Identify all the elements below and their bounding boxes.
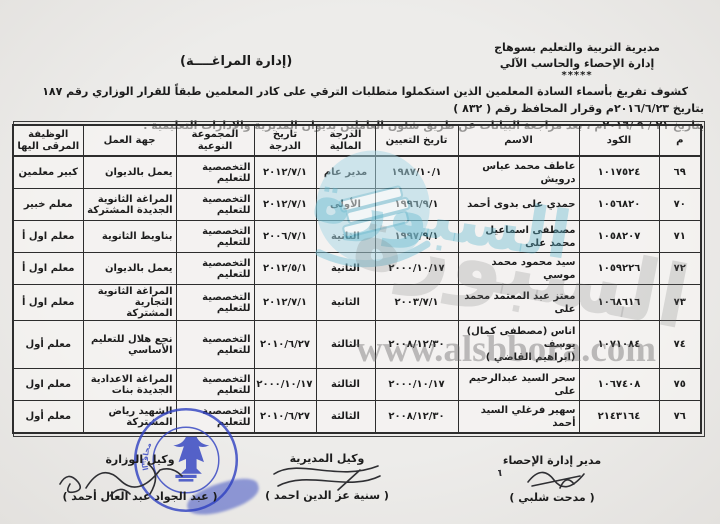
table-row: ٧٠١٠٥٦٨٢٠حمدي على بدوى أحمد١٩٩٦/٩/١الأول… bbox=[13, 189, 701, 221]
divider-stars: ***** bbox=[494, 72, 660, 80]
table-cell: ١٠٥٩٢٢٦ bbox=[579, 253, 659, 285]
table-row: ٧١١٠٥٨٢٠٧مصطفى اسماعيل محمد على١٩٩٧/٩/١ا… bbox=[13, 221, 701, 253]
table-cell: معلم اول bbox=[13, 369, 83, 401]
table-cell: الثانية bbox=[316, 221, 375, 253]
table-row: ٧٥١٠٦٧٤٠٨سحر السيد عبدالرحيم على٢٠٠٠/١٠/… bbox=[13, 369, 701, 401]
table-cell: اناس (مصطفى كمال) يوسف (ابراهيم القاضي ) bbox=[458, 321, 579, 369]
table-cell: التخصصية للتعليم bbox=[176, 369, 254, 401]
table-header-cell: الكود bbox=[579, 125, 659, 156]
table-cell: ٢٠١٠/٦/٢٧ bbox=[254, 401, 316, 434]
ministry-deputy-name: ( عبد الجواد عبد العال أحمد ) bbox=[42, 490, 238, 503]
table-cell: معلم خبير bbox=[13, 189, 83, 221]
table-header-cell: جهة العمل bbox=[83, 125, 176, 156]
signature-block-ministry-deputy: وكيل الوزارة ( عبد الجواد عبد العال أحمد… bbox=[42, 453, 238, 503]
table-cell: ١٠٥٦٨٢٠ bbox=[579, 189, 659, 221]
table-row: ٧٣١٠٦٨٦١٦معتز عبد المعتمد محمد على٢٠٠٣/٧… bbox=[13, 285, 701, 321]
table-cell: الثالثة bbox=[316, 401, 375, 434]
ministry-deputy-title: وكيل الوزارة bbox=[42, 453, 238, 466]
table-cell: التخصصية للتعليم bbox=[176, 156, 254, 189]
department-title: (إدارة المراغــــة) bbox=[180, 54, 292, 69]
org-header: مديرية التربية والتعليم بسوهاج إدارة الإ… bbox=[494, 40, 660, 80]
table-row: ٦٩١٠١٧٥٢٤عاطف محمد عباس درويش١٩٨٧/١٠/١مد… bbox=[13, 156, 701, 189]
table-body: ٦٩١٠١٧٥٢٤عاطف محمد عباس درويش١٩٨٧/١٠/١مد… bbox=[13, 156, 701, 433]
table-cell: كبير معلمين bbox=[13, 156, 83, 189]
table-cell: ٧١ bbox=[659, 221, 701, 253]
table-header-cell: تاريخ الدرجة bbox=[254, 125, 316, 156]
table-header-cell: الاسم bbox=[458, 125, 579, 156]
table-cell: الثانية bbox=[316, 253, 375, 285]
table-cell: التخصصية للتعليم bbox=[176, 285, 254, 321]
table-cell: المراغة الاعدادية الجديدة بنات bbox=[83, 369, 176, 401]
table-cell: ١٠٥٨٢٠٧ bbox=[579, 221, 659, 253]
table-cell: يعمل بالديوان bbox=[83, 156, 176, 189]
table-cell: ٧٦ bbox=[659, 401, 701, 434]
table-cell: معتز عبد المعتمد محمد على bbox=[458, 285, 579, 321]
table-cell: ٢٠١٢/٧/١ bbox=[254, 156, 316, 189]
table-cell: يعمل بالديوان bbox=[83, 253, 176, 285]
table-cell: سهير فرغلي السيد أحمد bbox=[458, 401, 579, 434]
table-cell: معلم أول bbox=[13, 401, 83, 434]
table-cell: مدير عام bbox=[316, 156, 375, 189]
table-cell: بناويط الثانوية bbox=[83, 221, 176, 253]
table-cell: التخصصية للتعليم bbox=[176, 321, 254, 369]
table-cell: ١٩٩٦/٩/١ bbox=[375, 189, 458, 221]
table-cell: ٢٠٠٦/٧/١ bbox=[254, 221, 316, 253]
table-cell: التخصصية للتعليم bbox=[176, 221, 254, 253]
table-header-cell: تاريخ التعيين bbox=[375, 125, 458, 156]
table-cell: ١٩٩٧/٩/١ bbox=[375, 221, 458, 253]
table-cell: عاطف محمد عباس درويش bbox=[458, 156, 579, 189]
directorate-deputy-title: وكيل المديرية bbox=[258, 452, 396, 465]
table-cell: ٢٠١٢/٥/١ bbox=[254, 253, 316, 285]
table-row: ٧٤١٠٧١٠٨٤اناس (مصطفى كمال) يوسف (ابراهيم… bbox=[13, 321, 701, 369]
table-header-cell: الدرجة المالية bbox=[316, 125, 375, 156]
table-row: ٧٦٢١٤٣١٦٤سهير فرغلي السيد أحمد٢٠٠٨/١٢/٣٠… bbox=[13, 401, 701, 434]
table-cell: ١٠٦٨٦١٦ bbox=[579, 285, 659, 321]
table-cell: ٢٠١٢/٧/١ bbox=[254, 189, 316, 221]
table-cell: ١٠٦٧٤٠٨ bbox=[579, 369, 659, 401]
table-cell: ٢٠٠٨/١٢/٣٠ bbox=[375, 401, 458, 434]
table-cell: نجع هلال للتعليم الأساسي bbox=[83, 321, 176, 369]
table-cell: معلم اول أ bbox=[13, 285, 83, 321]
table-cell: معلم اول أ bbox=[13, 253, 83, 285]
table-cell: ٢٠٠٠/١٠/١٧ bbox=[254, 369, 316, 401]
stats-director-title: مدير إدارة الإحصاء bbox=[488, 454, 616, 467]
table-cell: الثالثة bbox=[316, 369, 375, 401]
table-cell: الثالثة bbox=[316, 321, 375, 369]
table-cell: المراغة الثانوية التجارية المشتركة bbox=[83, 285, 176, 321]
table-header-row: مالكودالاسمتاريخ التعيينالدرجة الماليةتا… bbox=[13, 125, 701, 156]
table-cell: ٢٠٠٠/١٠/١٧ bbox=[375, 253, 458, 285]
table-header-cell: المجموعة النوعية bbox=[176, 125, 254, 156]
signature-block-stats-director: مدير إدارة الإحصاء ( مدحت شلبي ) bbox=[488, 454, 616, 504]
table-cell: ١٠١٧٥٢٤ bbox=[579, 156, 659, 189]
table-cell: ١٠٧١٠٨٤ bbox=[579, 321, 659, 369]
intro-line1: كشوف تفريغ بأسماء السادة المعلمين الذين … bbox=[12, 83, 704, 117]
table-cell: ٢٠١٠/٦/٢٧ bbox=[254, 321, 316, 369]
table-cell: حمدي على بدوى أحمد bbox=[458, 189, 579, 221]
table-cell: التخصصية للتعليم bbox=[176, 189, 254, 221]
org-line1: مديرية التربية والتعليم بسوهاج bbox=[494, 40, 660, 56]
table-cell: ٧٣ bbox=[659, 285, 701, 321]
table-row: ٧٢١٠٥٩٢٢٦سيد محمود محمد موسي٢٠٠٠/١٠/١٧ال… bbox=[13, 253, 701, 285]
table-cell: ٦٩ bbox=[659, 156, 701, 189]
table-cell: ٧٠ bbox=[659, 189, 701, 221]
table-cell: معلم اول أ bbox=[13, 221, 83, 253]
table-cell: التخصصية للتعليم bbox=[176, 253, 254, 285]
table-cell: سيد محمود محمد موسي bbox=[458, 253, 579, 285]
table-cell: معلم أول bbox=[13, 321, 83, 369]
table-header-cell: الوظيفة المرقى اليها bbox=[13, 125, 83, 156]
table-cell: ٧٥ bbox=[659, 369, 701, 401]
table-cell: ٢٠٠٠/١٠/١٧ bbox=[375, 369, 458, 401]
table-cell: ٢٠١٢/٧/١ bbox=[254, 285, 316, 321]
scanned-document-page: مديرية التربية والتعليم بسوهاج إدارة الإ… bbox=[0, 0, 720, 524]
table-cell: ٧٢ bbox=[659, 253, 701, 285]
table-cell: ٢١٤٣١٦٤ bbox=[579, 401, 659, 434]
table-cell: ٢٠٠٣/٧/١ bbox=[375, 285, 458, 321]
promotion-table: مالكودالاسمتاريخ التعيينالدرجة الماليةتا… bbox=[12, 124, 702, 434]
table-cell: سحر السيد عبدالرحيم على bbox=[458, 369, 579, 401]
table-cell: ١٩٨٧/١٠/١ bbox=[375, 156, 458, 189]
table-header-cell: م bbox=[659, 125, 701, 156]
directorate-deputy-name: ( سنية عز الدين احمد ) bbox=[258, 489, 396, 502]
promotion-table-frame: مالكودالاسمتاريخ التعيينالدرجة الماليةتا… bbox=[13, 121, 705, 437]
table-cell: الثانية bbox=[316, 285, 375, 321]
table-cell: مصطفى اسماعيل محمد على bbox=[458, 221, 579, 253]
table-cell: ٢٠٠٨/١٢/٣٠ bbox=[375, 321, 458, 369]
table-cell: الأولى bbox=[316, 189, 375, 221]
stats-director-name: ( مدحت شلبي ) bbox=[488, 491, 616, 504]
signature-block-directorate-deputy: وكيل المديرية ( سنية عز الدين احمد ) bbox=[258, 452, 396, 502]
table-cell: المراغة الثانوية الجديدة المشتركة bbox=[83, 189, 176, 221]
table-cell: ٧٤ bbox=[659, 321, 701, 369]
